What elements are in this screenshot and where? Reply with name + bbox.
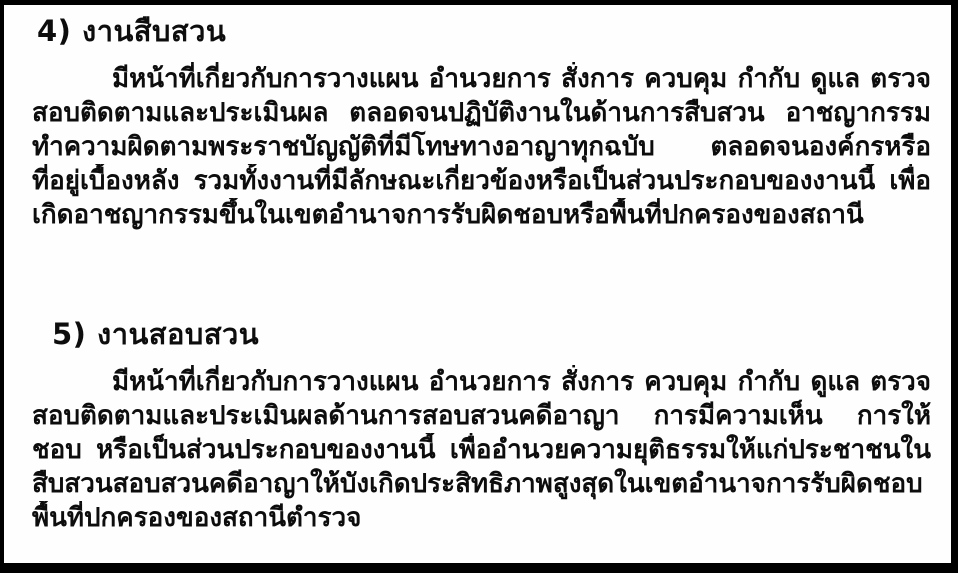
section-investigation: 4) งานสืบสวน มีหน้าที่เกี่ยวกับการวางแผน… (32, 13, 931, 232)
paragraph-line: สอบติดตามและประเมินผลด้านการสอบสวนคดีอาญ… (32, 399, 931, 433)
section-inquiry: 5) งานสอบสวน มีหน้าที่เกี่ยวกับการวางแผน… (32, 316, 931, 535)
paragraph-line: ชอบ หรือเป็นส่วนประกอบของงานนี้ เพื่ออำน… (32, 433, 931, 467)
paragraph-line: พื้นที่ปกครองของสถานีตำรวจ (32, 501, 931, 535)
paragraph-line: มีหน้าที่เกี่ยวกับการวางแผน อำนวยการ สั่… (32, 365, 931, 399)
paragraph-line: ทำความผิดตามพระราชบัญญัติที่มีโทษทางอาญา… (32, 130, 931, 164)
section-heading-inquiry: 5) งานสอบสวน (52, 316, 931, 352)
paragraph-line: สืบสวนสอบสวนคดีอาญาให้บังเกิดประสิทธิภาพ… (32, 467, 931, 501)
section-paragraph-investigation: มีหน้าที่เกี่ยวกับการวางแผน อำนวยการ สั่… (32, 62, 931, 232)
paragraph-line: มีหน้าที่เกี่ยวกับการวางแผน อำนวยการ สั่… (32, 62, 931, 96)
paragraph-line: เกิดอาชญากรรมขึ้นในเขตอำนาจการรับผิดชอบห… (32, 198, 931, 232)
section-paragraph-inquiry: มีหน้าที่เกี่ยวกับการวางแผน อำนวยการ สั่… (32, 365, 931, 535)
paragraph-line: ที่อยู่เบื้องหลัง รวมทั้งงานที่มีลักษณะเ… (32, 164, 931, 198)
paragraph-line: สอบติดตามและประเมินผล ตลอดจนปฏิบัติงานใน… (32, 96, 931, 130)
section-heading-investigation: 4) งานสืบสวน (37, 13, 931, 49)
document-page: 4) งานสืบสวน มีหน้าที่เกี่ยวกับการวางแผน… (0, 0, 958, 573)
